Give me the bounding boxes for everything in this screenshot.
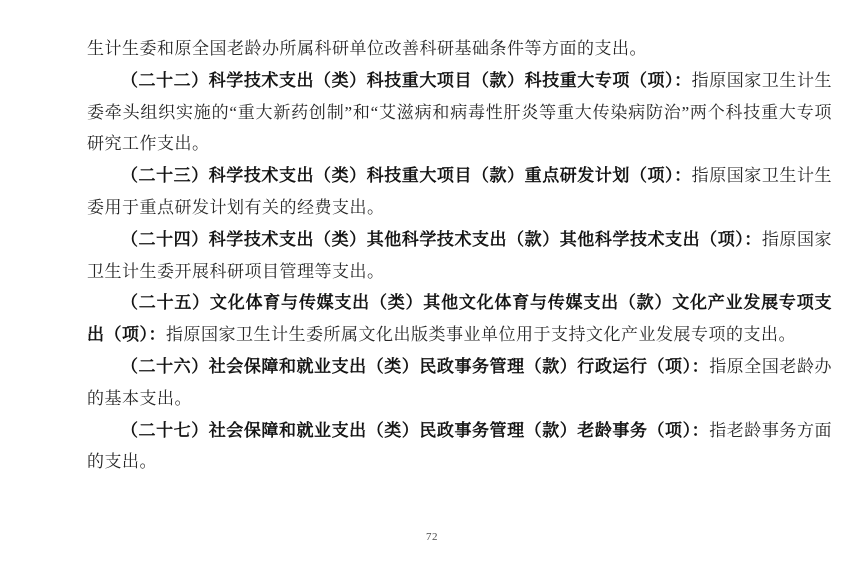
page-number: 72 [426, 531, 438, 543]
paragraph: （二十二）科学技术支出（类）科技重大项目（款）科技重大专项（项）：指原国家卫生计… [87, 65, 832, 160]
paragraph: 生计生委和原全国老龄办所属科研单位改善科研基础条件等方面的支出。 [87, 33, 832, 65]
paragraph: （二十五）文化体育与传媒支出（类）其他文化体育与传媒支出（款）文化产业发展专项支… [87, 287, 832, 351]
paragraph-heading: （二十二）科学技术支出（类）科技重大项目（款）科技重大专项（项）： [121, 71, 692, 90]
paragraph: （二十三）科学技术支出（类）科技重大项目（款）重点研发计划（项）：指原国家卫生计… [87, 160, 832, 224]
paragraph-body: 生计生委和原全国老龄办所属科研单位改善科研基础条件等方面的支出。 [87, 39, 647, 58]
paragraph-heading: （二十三）科学技术支出（类）科技重大项目（款）重点研发计划（项）： [121, 166, 692, 185]
paragraph-heading: （二十四）科学技术支出（类）其他科学技术支出（款）其他科学技术支出（项）： [121, 230, 762, 249]
document-content: 生计生委和原全国老龄办所属科研单位改善科研基础条件等方面的支出。（二十二）科学技… [87, 33, 832, 478]
document-page: 生计生委和原全国老龄办所属科研单位改善科研基础条件等方面的支出。（二十二）科学技… [0, 0, 864, 583]
paragraph-body: 指原国家卫生计生委所属文化出版类事业单位用于支持文化产业发展专项的支出。 [166, 325, 796, 344]
paragraph-heading: （二十七）社会保障和就业支出（类）民政事务管理（款）老龄事务（项）： [121, 421, 709, 440]
page-footer: 72 [0, 527, 864, 545]
paragraph: （二十六）社会保障和就业支出（类）民政事务管理（款）行政运行（项）：指原全国老龄… [87, 351, 832, 415]
paragraph: （二十七）社会保障和就业支出（类）民政事务管理（款）老龄事务（项）：指老龄事务方… [87, 415, 832, 479]
paragraph: （二十四）科学技术支出（类）其他科学技术支出（款）其他科学技术支出（项）：指原国… [87, 224, 832, 288]
paragraph-heading: （二十六）社会保障和就业支出（类）民政事务管理（款）行政运行（项）： [121, 357, 709, 376]
